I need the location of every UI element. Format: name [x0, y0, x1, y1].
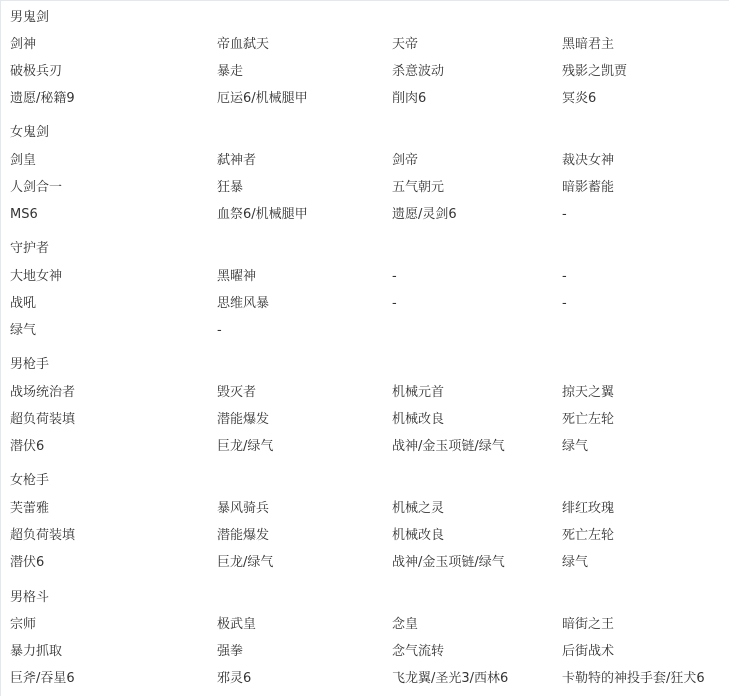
table-cell: 飞龙翼/圣光3/西林6	[392, 669, 508, 689]
section-title-male-slayer: 男鬼剑	[10, 8, 49, 28]
table-cell: 超负荷装填	[10, 410, 75, 430]
table-cell: 暴走	[217, 62, 243, 82]
table-row: 剑皇 弑神者 剑帝 裁决女神	[1, 151, 729, 171]
table-row: 暴力抓取 强拳 念气流转 后街战术	[1, 642, 729, 662]
table-cell: 死亡左轮	[562, 410, 614, 430]
table-cell: 机械改良	[392, 410, 444, 430]
table-row: 超负荷装填 潜能爆发 机械改良 死亡左轮	[1, 410, 729, 430]
section-title-female-gunner: 女枪手	[10, 471, 49, 491]
table-cell: 毁灭者	[217, 383, 256, 403]
table-cell: 战神/金玉项链/绿气	[392, 553, 505, 573]
table-cell: 暗街之王	[562, 615, 614, 635]
table-row: 绿气 -	[1, 321, 729, 341]
table-cell: 人剑合一	[10, 178, 62, 198]
table-cell: 血祭6/机械腿甲	[217, 205, 308, 225]
table-cell: 强拳	[217, 642, 243, 662]
table-cell: MS6	[10, 205, 38, 225]
section-title-male-fighter: 男格斗	[10, 588, 49, 608]
table-cell: -	[562, 205, 567, 225]
table-row: 超负荷装填 潜能爆发 机械改良 死亡左轮	[1, 526, 729, 546]
section-title-male-gunner: 男枪手	[10, 355, 49, 375]
table-cell: 残影之凯贾	[562, 62, 627, 82]
table-cell: 杀意波动	[392, 62, 444, 82]
table-cell: 厄运6/机械腿甲	[217, 89, 308, 109]
table-cell: 机械之灵	[392, 499, 444, 519]
table-row: 潜伏6 巨龙/绿气 战神/金玉项链/绿气 绿气	[1, 553, 729, 573]
table-cell: 念气流转	[392, 642, 444, 662]
table-cell: 削肉6	[392, 89, 426, 109]
table-cell: 五气朝元	[392, 178, 444, 198]
table-cell: 思维风暴	[217, 294, 269, 314]
table-row: 战吼 思维风暴 - -	[1, 294, 729, 314]
table-cell: 掠天之翼	[562, 383, 614, 403]
table-cell: -	[217, 321, 222, 341]
table-cell: -	[392, 267, 397, 287]
table-cell: -	[562, 267, 567, 287]
table-cell: 天帝	[392, 35, 418, 55]
table-cell: 冥炎6	[562, 89, 596, 109]
table-cell: -	[392, 294, 397, 314]
table-cell: 帝血弑天	[217, 35, 269, 55]
table-cell: 剑神	[10, 35, 36, 55]
table-cell: 绿气	[562, 437, 588, 457]
table-cell: 超负荷装填	[10, 526, 75, 546]
table-row: 破极兵刃 暴走 杀意波动 残影之凯贾	[1, 62, 729, 82]
table-cell: 邪灵6	[217, 669, 251, 689]
table-cell: 潜伏6	[10, 553, 44, 573]
table-cell: 暴力抓取	[10, 642, 62, 662]
table-cell: 遗愿/灵剑6	[392, 205, 457, 225]
table-cell: 念皇	[392, 615, 418, 635]
table-row: 大地女神 黑曜神 - -	[1, 267, 729, 287]
table-row: 剑神 帝血弑天 天帝 黑暗君主	[1, 35, 729, 55]
table-cell: 裁决女神	[562, 151, 614, 171]
table-cell: 遗愿/秘籍9	[10, 89, 75, 109]
table-cell: 机械元首	[392, 383, 444, 403]
table-cell: 大地女神	[10, 267, 62, 287]
table-cell: 巨斧/吞星6	[10, 669, 75, 689]
table-cell: 后街战术	[562, 642, 614, 662]
table-row: 芙蕾雅 暴风骑兵 机械之灵 绯红玫瑰	[1, 499, 729, 519]
table-cell: 弑神者	[217, 151, 256, 171]
table-cell: 芙蕾雅	[10, 499, 49, 519]
table-cell: 黑曜神	[217, 267, 256, 287]
table-cell: 潜能爆发	[217, 526, 269, 546]
table-row: 宗师 极武皇 念皇 暗街之王	[1, 615, 729, 635]
table-cell: 战场统治者	[10, 383, 75, 403]
table-row: 潜伏6 巨龙/绿气 战神/金玉项链/绿气 绿气	[1, 437, 729, 457]
table-cell: 剑皇	[10, 151, 36, 171]
table-cell: 巨龙/绿气	[217, 437, 273, 457]
table-cell: 剑帝	[392, 151, 418, 171]
table-cell: 巨龙/绿气	[217, 553, 273, 573]
section-title-guardian: 守护者	[10, 239, 49, 259]
table-row: MS6 血祭6/机械腿甲 遗愿/灵剑6 -	[1, 205, 729, 225]
table-row: 战场统治者 毁灭者 机械元首 掠天之翼	[1, 383, 729, 403]
table-row: 遗愿/秘籍9 厄运6/机械腿甲 削肉6 冥炎6	[1, 89, 729, 109]
table-row: 巨斧/吞星6 邪灵6 飞龙翼/圣光3/西林6 卡勒特的神投手套/狂犬6	[1, 669, 729, 689]
table-cell: -	[562, 294, 567, 314]
table-cell: 潜能爆发	[217, 410, 269, 430]
table-cell: 死亡左轮	[562, 526, 614, 546]
table-cell: 机械改良	[392, 526, 444, 546]
table-cell: 黑暗君主	[562, 35, 614, 55]
table-cell: 宗师	[10, 615, 36, 635]
class-skill-table: 男鬼剑 剑神 帝血弑天 天帝 黑暗君主 破极兵刃 暴走 杀意波动 残影之凯贾 遗…	[0, 0, 729, 696]
table-cell: 暗影蓄能	[562, 178, 614, 198]
table-cell: 暴风骑兵	[217, 499, 269, 519]
table-cell: 绿气	[10, 321, 36, 341]
table-row: 人剑合一 狂暴 五气朝元 暗影蓄能	[1, 178, 729, 198]
table-cell: 卡勒特的神投手套/狂犬6	[562, 669, 705, 689]
table-cell: 狂暴	[217, 178, 243, 198]
table-cell: 绯红玫瑰	[562, 499, 614, 519]
table-cell: 破极兵刃	[10, 62, 62, 82]
table-cell: 战吼	[10, 294, 36, 314]
section-title-female-slayer: 女鬼剑	[10, 123, 49, 143]
table-cell: 战神/金玉项链/绿气	[392, 437, 505, 457]
table-cell: 潜伏6	[10, 437, 44, 457]
table-cell: 绿气	[562, 553, 588, 573]
table-cell: 极武皇	[217, 615, 256, 635]
